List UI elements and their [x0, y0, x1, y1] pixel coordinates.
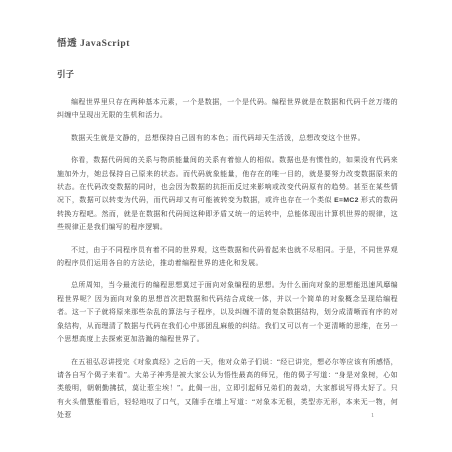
paragraph-2: 数据天生就是文静的，总想保持自己固有的本色；而代码却天生活泼，总想改变这个世界。: [57, 132, 398, 145]
paragraph-5: 总所周知，当今最流行的编程思想莫过于面向对象编程的思想。为什么面向对象的思想能迅…: [57, 279, 398, 346]
page-number: 1: [371, 412, 374, 420]
section-heading-yinzi: 引子: [57, 69, 398, 80]
paragraph-4: 不过，由于不同程序员有着不同的世界观，这些数据和代码看起来也就不尽相同。于是，不…: [57, 244, 398, 271]
emc2-formula: E=MC2: [334, 197, 359, 204]
document-page: 悟透 JavaScript 引子 编程世界里只存在两种基本元素，一个是数据，一个…: [0, 0, 452, 452]
document-title: 悟透 JavaScript: [57, 38, 398, 50]
paragraph-3: 你看，数据代码间的关系与物质能量间的关系有着惊人的相似。数据也是有惯性的，如果没…: [57, 154, 398, 234]
paragraph-6: 在五祖弘忍讲授完《对象真经》之后的一天，他对众弟子们说：“经已讲完，想必尔等应该…: [57, 356, 398, 423]
paragraph-1: 编程世界里只存在两种基本元素，一个是数据，一个是代码。编程世界就是在数据和代码千…: [57, 96, 398, 123]
document-content: 悟透 JavaScript 引子 编程世界里只存在两种基本元素，一个是数据，一个…: [57, 38, 398, 423]
